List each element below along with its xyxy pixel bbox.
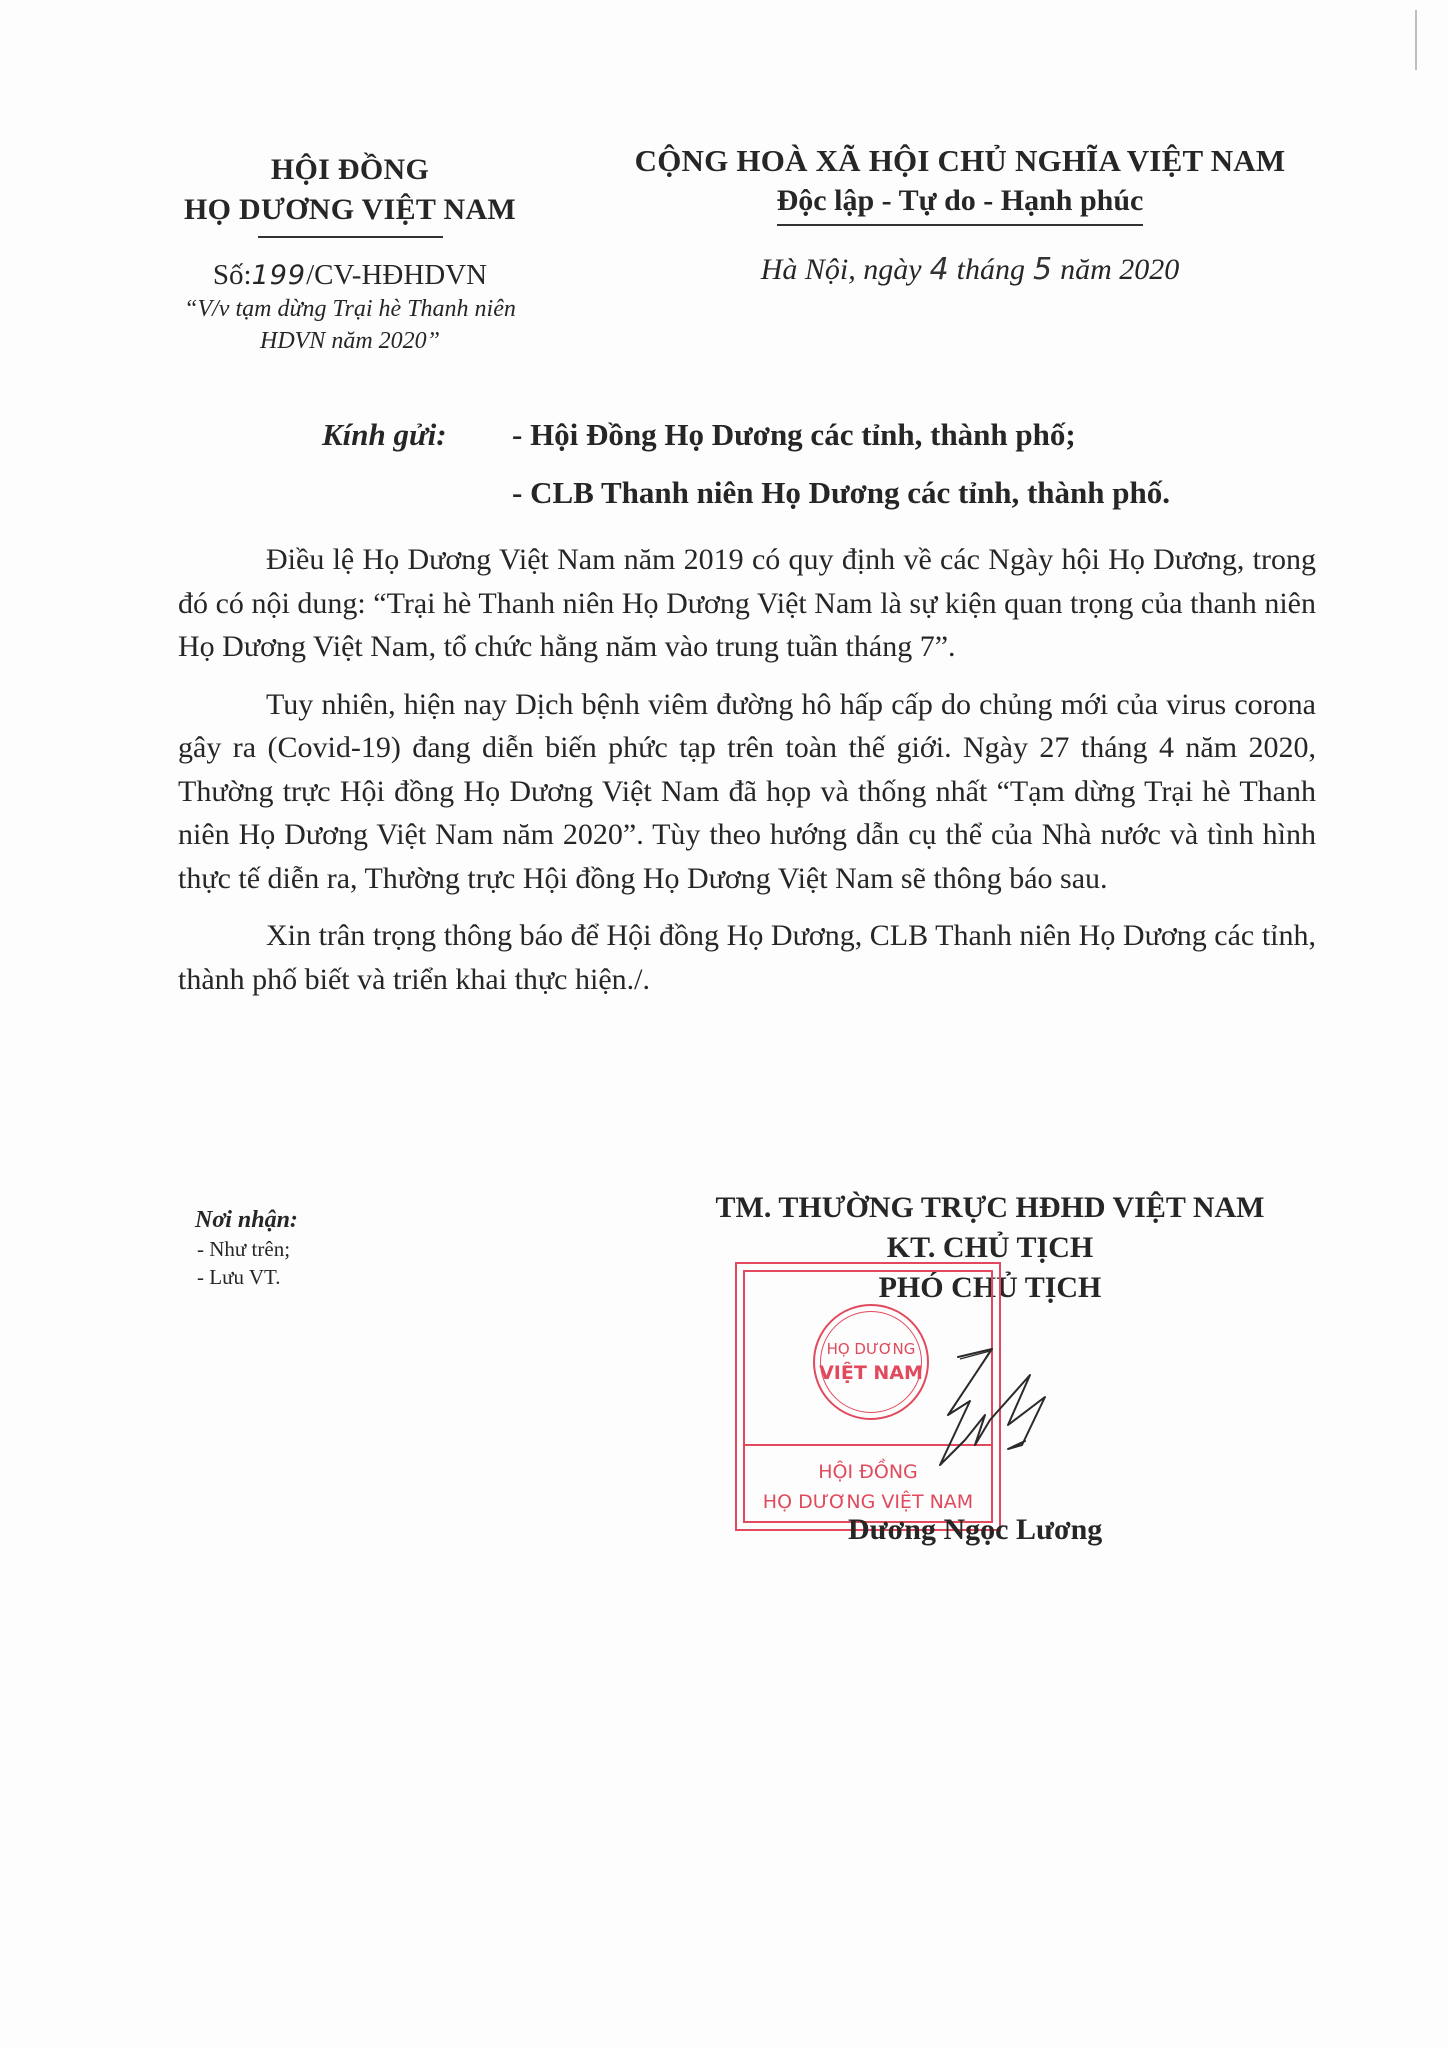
distribution-item: - Như trên; [197,1235,298,1263]
recipient-item: - CLB Thanh niên Họ Dương các tỉnh, thàn… [512,470,1412,516]
body-paragraph: Xin trân trọng thông báo để Hội đồng Họ … [178,914,1316,1001]
date-place: Hà Nội, ngày [761,253,922,286]
nation-title: CỘNG HOÀ XÃ HỘI CHỦ NGHĨA VIỆT NAM [590,140,1330,182]
date-line: Hà Nội, ngày4tháng5năm 2020 [610,250,1330,290]
distribution-title: Nơi nhận: [195,1205,298,1235]
seal-text-line2: VIỆT NAM [815,1362,927,1384]
header-divider [258,236,443,238]
doc-number-handwritten: 199 [252,260,307,291]
date-month-label: tháng [957,253,1025,286]
signature-title-line1: TM. THƯỜNG TRỰC HĐHD VIỆT NAM [660,1188,1320,1228]
handwritten-signature-icon [930,1345,1110,1485]
body-paragraph: Điều lệ Họ Dương Việt Nam năm 2019 có qu… [178,538,1316,669]
subject-line1: “V/v tạm dừng Trại hè Thanh niên [160,293,540,325]
doc-number-prefix: Số: [213,259,252,291]
date-month: 5 [1033,252,1052,287]
distribution-item: - Lưu VT. [197,1263,298,1291]
letter-body: Điều lệ Họ Dương Việt Nam năm 2019 có qu… [178,538,1316,1015]
document-number: Số:199/CV-HĐHDVN [160,258,540,293]
date-year: năm 2020 [1060,253,1179,286]
issuing-organization-header: HỘI ĐỒNG HỌ DƯƠNG VIỆT NAM Số:199/CV-HĐH… [160,150,540,357]
body-paragraph: Tuy nhiên, hiện nay Dịch bệnh viêm đường… [178,683,1316,901]
doc-number-suffix: /CV-HĐHDVN [306,259,487,291]
national-motto: Độc lập - Tự do - Hạnh phúc [777,182,1144,226]
signer-name: Dương Ngọc Lương [848,1510,1102,1550]
national-header: CỘNG HOÀ XÃ HỘI CHỦ NGHĨA VIỆT NAM Độc l… [590,140,1330,290]
distribution-list: Nơi nhận: - Như trên; - Lưu VT. [195,1205,298,1291]
recipient-item: - Hội Đồng Họ Dương các tỉnh, thành phố; [512,412,1412,458]
stamp-seal-circle: HỌ DƯƠNG VIỆT NAM [813,1304,929,1420]
org-name-line1: HỘI ĐỒNG [160,150,540,190]
org-name-line2: HỌ DƯƠNG VIỆT NAM [160,190,540,230]
subject-line2: HDVN năm 2020” [160,325,540,357]
recipients-label: Kính gửi: [322,412,502,458]
date-day: 4 [930,252,949,287]
seal-text-line1: HỌ DƯƠNG [815,1340,927,1358]
scan-edge-mark [1415,10,1417,70]
